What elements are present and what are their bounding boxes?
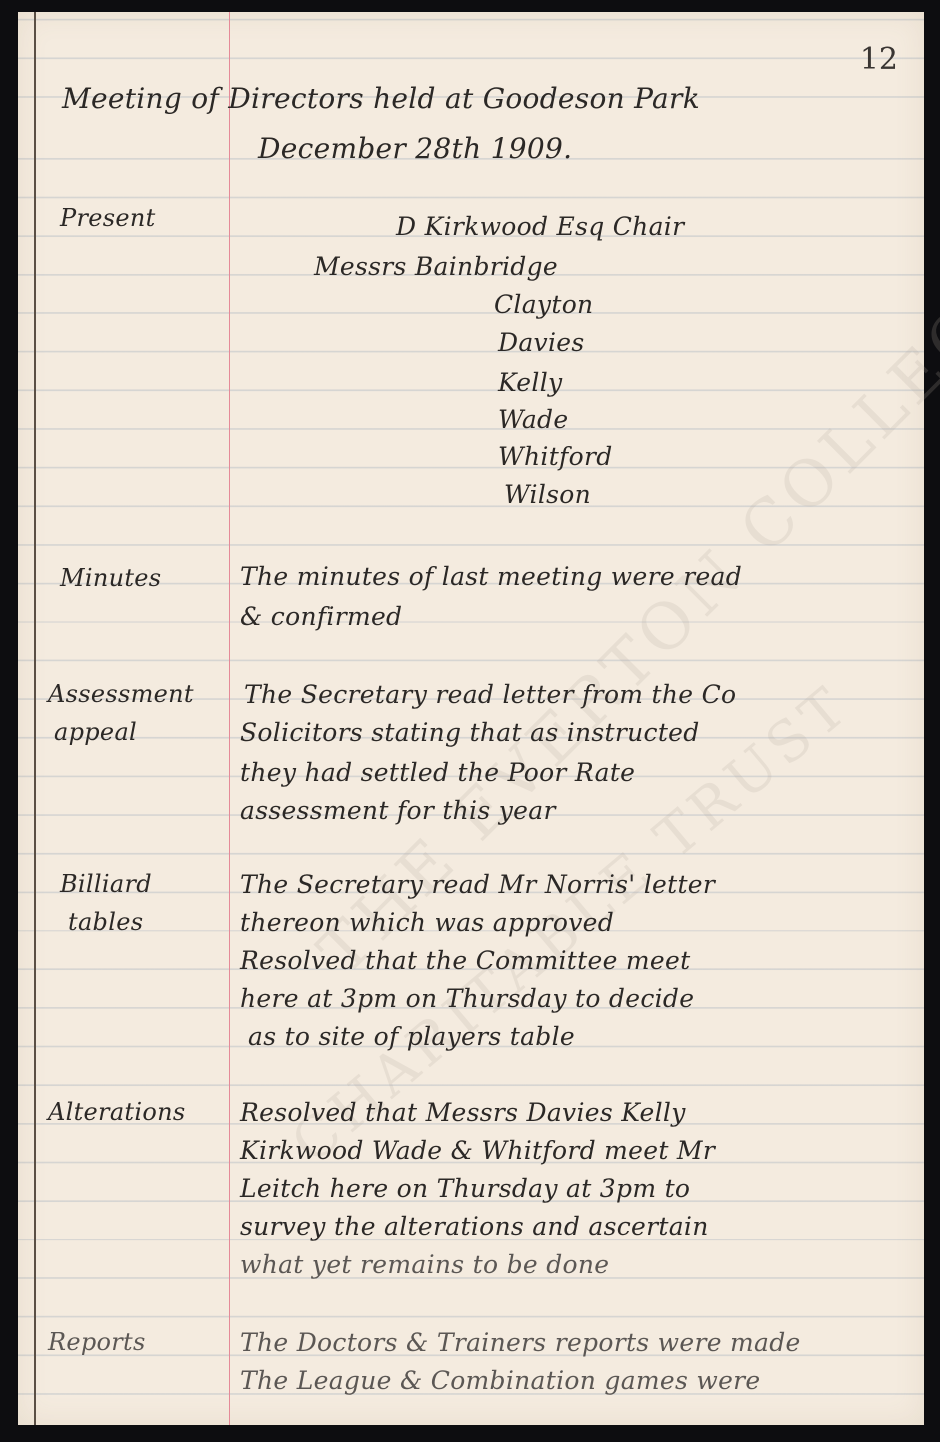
section-label-reports: Reports [48, 1328, 146, 1356]
attendee-chair: D Kirkwood Esq Chair [396, 212, 684, 241]
billiard-text: as to site of players table [248, 1022, 575, 1051]
assessment-text: assessment for this year [240, 796, 556, 825]
attendee-line: Wilson [504, 480, 591, 509]
assessment-text: The Secretary read letter from the Co [244, 680, 736, 709]
section-label-assessment: Assessment [48, 680, 194, 708]
attendee-line: Wade [498, 405, 568, 434]
reports-text: The Doctors & Trainers reports were made [240, 1328, 801, 1357]
page-number: 12 [860, 42, 898, 77]
section-label-alterations: Alterations [48, 1098, 185, 1126]
section-label-billiard: tables [68, 908, 143, 936]
alterations-text: Kirkwood Wade & Whitford meet Mr [240, 1136, 715, 1165]
section-label-present: Present [60, 204, 156, 232]
attendee-line: Davies [498, 328, 585, 357]
attendee-line: Clayton [494, 290, 593, 319]
meeting-title: Meeting of Directors held at Goodeson Pa… [62, 82, 700, 115]
margin-rule [229, 12, 230, 1425]
billiard-text: The Secretary read Mr Norris' letter [240, 870, 715, 899]
alterations-text: what yet remains to be done [240, 1250, 609, 1279]
billiard-text: Resolved that the Committee meet [240, 946, 690, 975]
minutes-text: & confirmed [240, 602, 402, 631]
reports-text: The League & Combination games were [240, 1366, 761, 1395]
alterations-text: Leitch here on Thursday at 3pm to [240, 1174, 690, 1203]
minutes-text: The minutes of last meeting were read [240, 562, 742, 591]
ledger-page: THE EVERTON COLLECTION CHARITABLE TRUST … [18, 12, 924, 1425]
billiard-text: thereon which was approved [240, 908, 614, 937]
attendee-line: Whitford [498, 442, 613, 471]
alterations-text: survey the alterations and ascertain [240, 1212, 709, 1241]
section-label-assessment: appeal [54, 718, 137, 746]
billiard-text: here at 3pm on Thursday to decide [240, 984, 694, 1013]
attendee-line: Kelly [498, 368, 562, 397]
section-label-billiard: Billiard [60, 870, 152, 898]
attendee-line: Messrs Bainbridge [314, 252, 558, 281]
assessment-text: they had settled the Poor Rate [240, 758, 635, 787]
assessment-text: Solicitors stating that as instructed [240, 718, 700, 747]
meeting-date: December 28th 1909. [258, 132, 572, 165]
alterations-text: Resolved that Messrs Davies Kelly [240, 1098, 686, 1127]
section-label-minutes: Minutes [60, 564, 161, 592]
binding-rule [34, 12, 36, 1425]
